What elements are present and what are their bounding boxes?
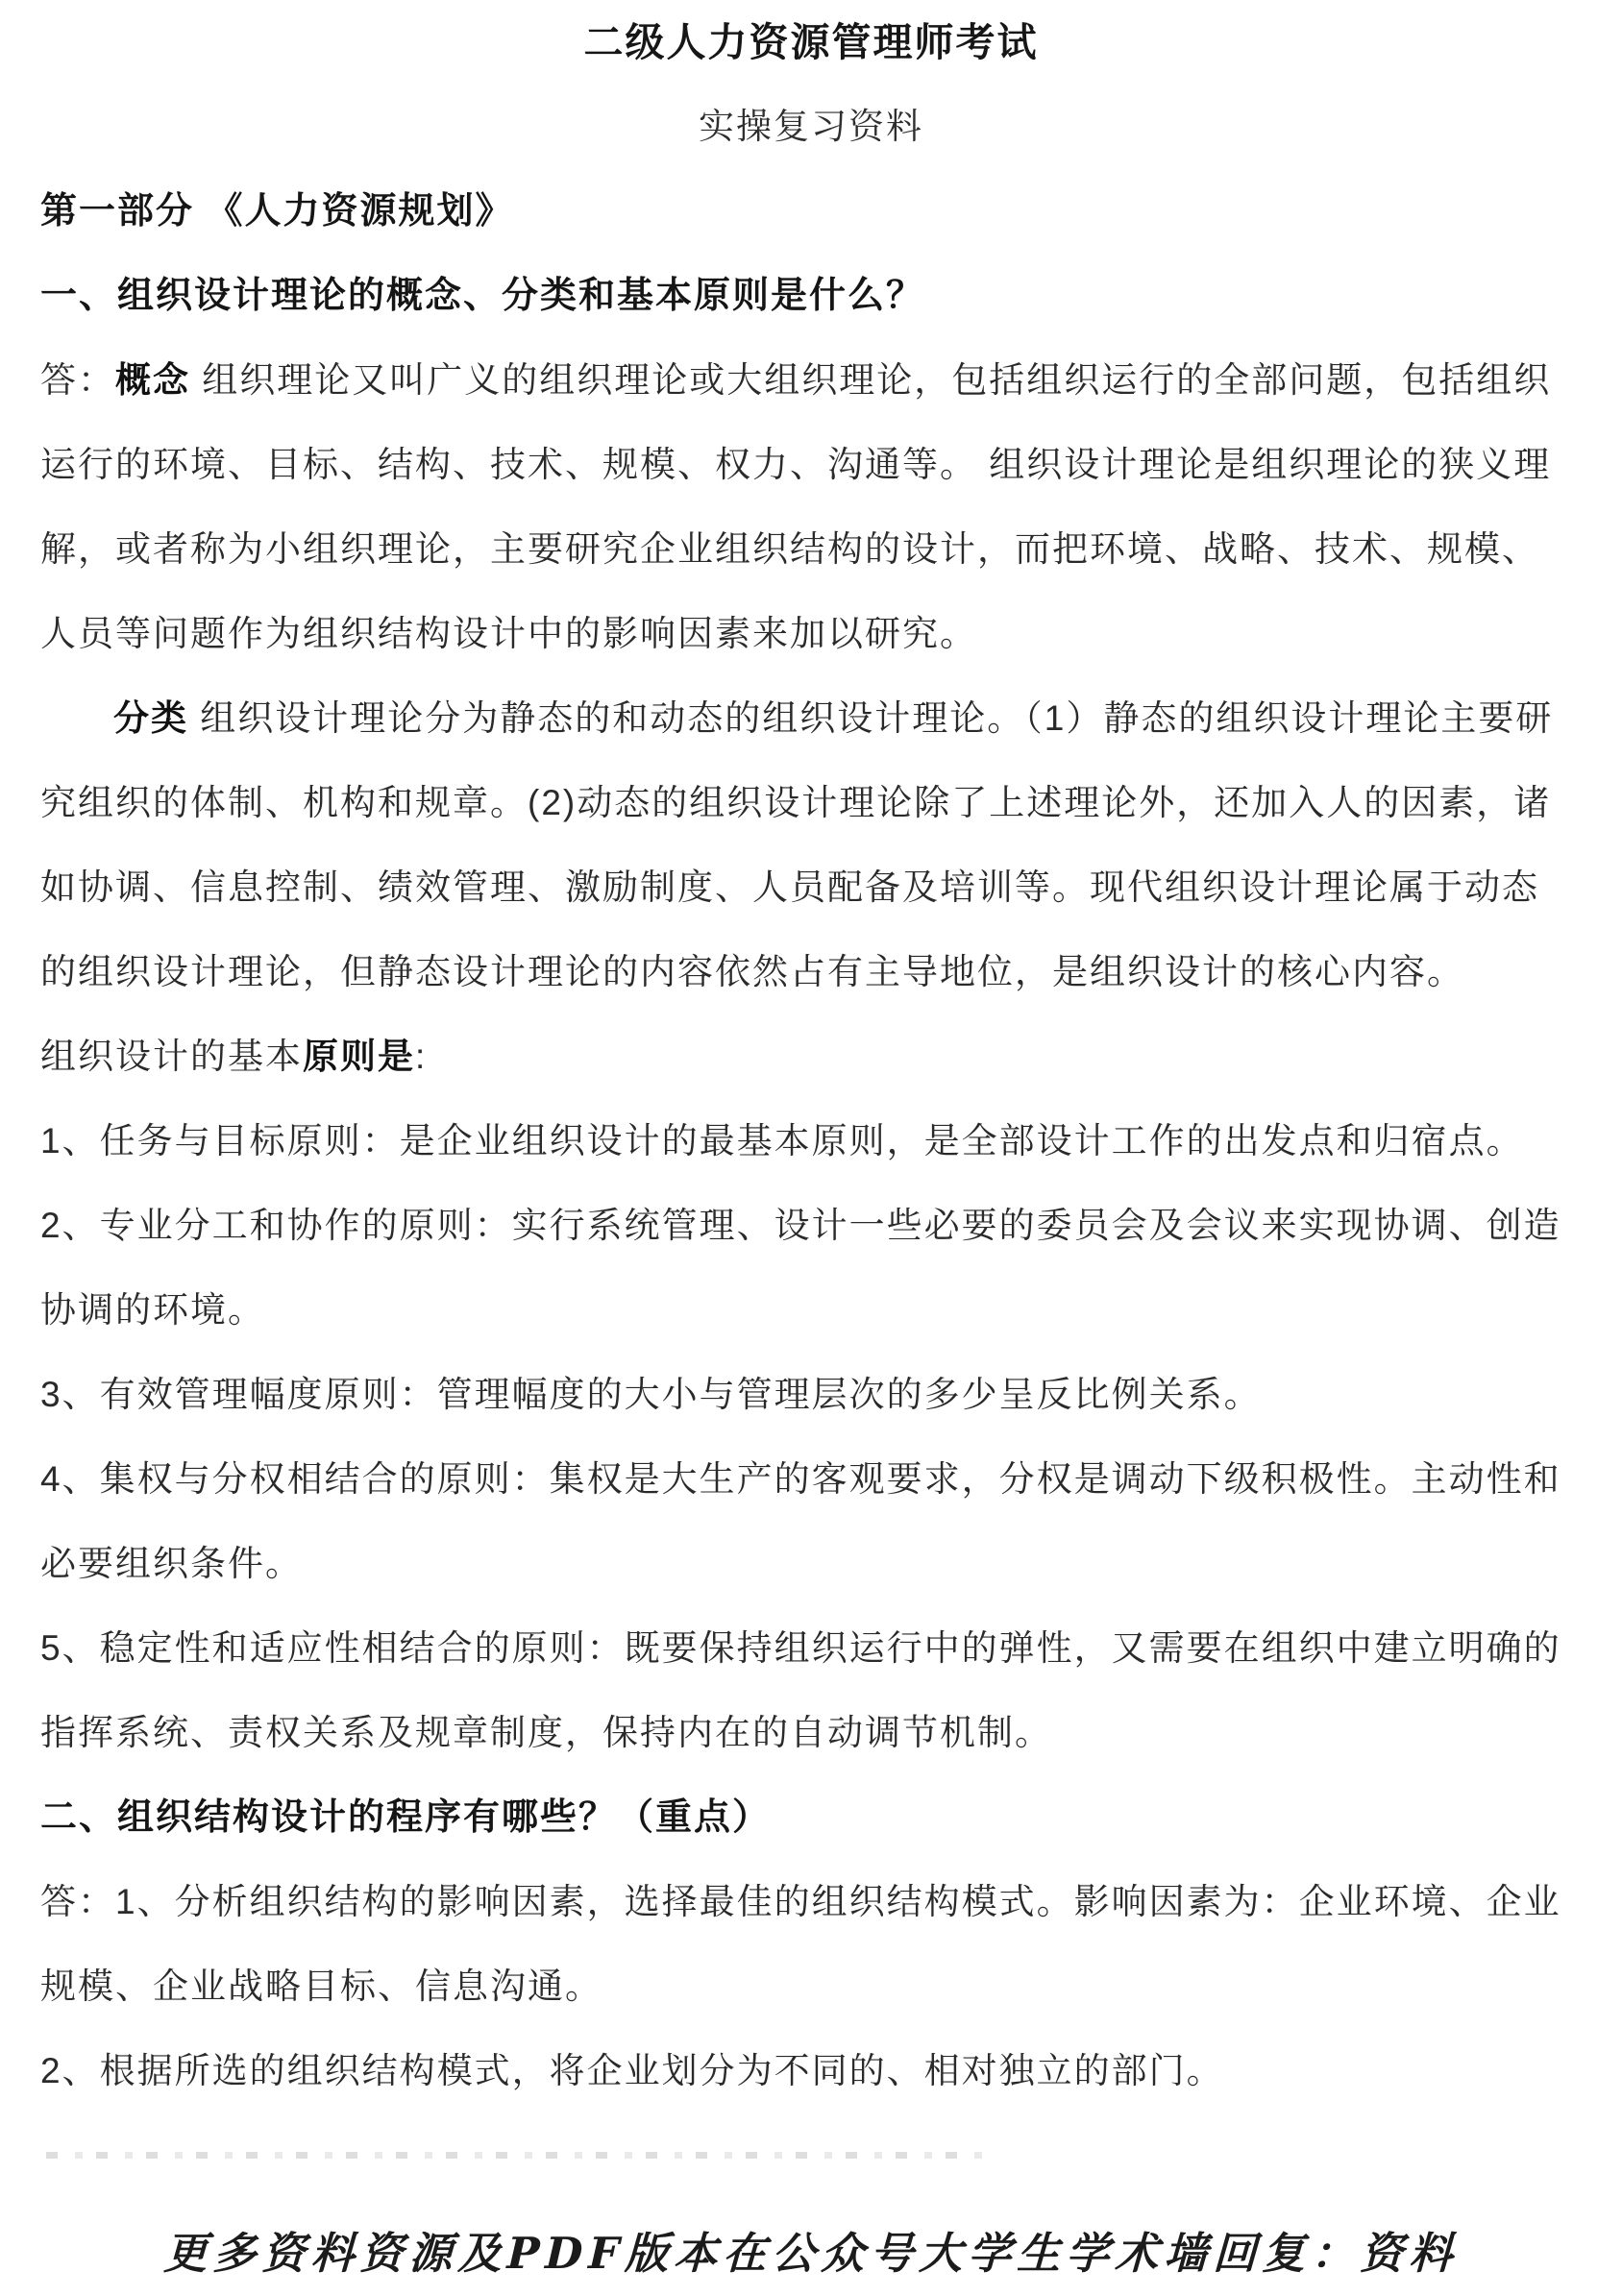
text-run: 组织理论又叫广义的组织理论或大组织理论，包括组织运行的全部问题，包括组织 <box>190 360 1551 400</box>
body-line: 运行的环境、目标、结构、技术、规模、权力、沟通等。 组织设计理论是组织理论的狭义… <box>40 423 1582 507</box>
cropped-text-marks <box>46 2152 988 2159</box>
cropped-text-line <box>40 2113 1582 2198</box>
text-run: 人员等问题作为组织结构设计中的影响因素来加以研究。 <box>40 614 977 653</box>
bold-text-run: 二、组织结构设计的程序有哪些？（重点） <box>40 1797 771 1838</box>
text-run: 协调的环境。 <box>40 1290 265 1330</box>
bold-text-run: 第一部分 《人力资源规划》 <box>40 191 514 232</box>
doc-title: 二级人力资源管理师考试 <box>40 0 1582 85</box>
body-line: 答：概念 组织理论又叫广义的组织理论或大组织理论，包括组织运行的全部问题，包括组… <box>40 338 1582 423</box>
question-heading: 二、组织结构设计的程序有哪些？（重点） <box>40 1775 1582 1860</box>
text-run: 必要组织条件。 <box>40 1544 303 1583</box>
text-run: 3、有效管理幅度原则：管理幅度的大小与管理层次的多少呈反比例关系。 <box>40 1375 1262 1414</box>
bold-text-run: 原则是 <box>303 1037 415 1076</box>
part-heading: 第一部分 《人力资源规划》 <box>40 169 1582 254</box>
text-run: 答：1、分析组织结构的影响因素，选择最佳的组织结构模式。影响因素为：企业环境、企… <box>40 1882 1561 1921</box>
text-run: 组织设计理论分为静态的和动态的组织设计理论。（1）静态的组织设计理论主要研 <box>188 698 1553 738</box>
body-line: 5、稳定性和适应性相结合的原则：既要保持组织运行中的弹性，又需要在组织中建立明确… <box>40 1606 1582 1691</box>
text-run: 运行的环境、目标、结构、技术、规模、权力、沟通等。 组织设计理论是组织理论的狭义… <box>40 445 1551 484</box>
text-run: 究组织的体制、机构和规章。(2)动态的组织设计理论除了上述理论外，还加入人的因素… <box>40 783 1551 822</box>
body-line: 指挥系统、责权关系及规章制度，保持内在的自动调节机制。 <box>40 1691 1582 1775</box>
bold-text-run: 概念 <box>115 360 190 400</box>
text-run: 的组织设计理论，但静态设计理论的内容依然占有主导地位，是组织设计的核心内容。 <box>40 952 1464 991</box>
text-run: 4、集权与分权相结合的原则：集权是大生产的客观要求，分权是调动下级积极性。主动性… <box>40 1459 1561 1499</box>
body-line: 究组织的体制、机构和规章。(2)动态的组织设计理论除了上述理论外，还加入人的因素… <box>40 761 1582 845</box>
body-line: 如协调、信息控制、绩效管理、激励制度、人员配备及培训等。现代组织设计理论属于动态 <box>40 845 1582 930</box>
body-line: 人员等问题作为组织结构设计中的影响因素来加以研究。 <box>40 592 1582 676</box>
body-line: 的组织设计理论，但静态设计理论的内容依然占有主导地位，是组织设计的核心内容。 <box>40 930 1582 1014</box>
body-line: 必要组织条件。 <box>40 1522 1582 1606</box>
question-heading: 一、组织设计理论的概念、分类和基本原则是什么？ <box>40 254 1582 338</box>
body-line: 1、任务与目标原则：是企业组织设计的最基本原则，是全部设计工作的出发点和归宿点。 <box>40 1099 1582 1184</box>
body-line: 协调的环境。 <box>40 1268 1582 1353</box>
body-line: 组织设计的基本原则是: <box>40 1014 1582 1099</box>
text-run: 2、根据所选的组织结构模式，将企业划分为不同的、相对独立的部门。 <box>40 2051 1224 2090</box>
document-body: 第一部分 《人力资源规划》一、组织设计理论的概念、分类和基本原则是什么？答：概念… <box>40 169 1582 2113</box>
bold-text-run: 一、组织设计理论的概念、分类和基本原则是什么？ <box>40 276 924 316</box>
document-page: 二级人力资源管理师考试 实操复习资料 第一部分 《人力资源规划》一、组织设计理论… <box>0 0 1622 2296</box>
body-line: 规模、企业战略目标、信息沟通。 <box>40 1944 1582 2029</box>
text-run: 解，或者称为小组织理论，主要研究企业组织结构的设计，而把环境、战略、技术、规模、 <box>40 529 1539 569</box>
bold-text-run: 分类 <box>113 698 188 738</box>
body-line: 4、集权与分权相结合的原则：集权是大生产的客观要求，分权是调动下级积极性。主动性… <box>40 1437 1582 1522</box>
body-line: 解，或者称为小组织理论，主要研究企业组织结构的设计，而把环境、战略、技术、规模、 <box>40 507 1582 592</box>
text-run: : <box>415 1037 427 1076</box>
text-run: 2、专业分工和协作的原则：实行系统管理、设计一些必要的委员会及会议来实现协调、创… <box>40 1206 1561 1245</box>
doc-subtitle: 实操复习资料 <box>40 85 1582 169</box>
text-run: 组织设计的基本 <box>40 1037 303 1076</box>
text-run: 1、任务与目标原则：是企业组织设计的最基本原则，是全部设计工作的出发点和归宿点。 <box>40 1121 1524 1160</box>
body-line: 分类 组织设计理论分为静态的和动态的组织设计理论。（1）静态的组织设计理论主要研 <box>40 676 1582 761</box>
text-run: 如协调、信息控制、绩效管理、激励制度、人员配备及培训等。现代组织设计理论属于动态 <box>40 867 1539 907</box>
text-run: 答： <box>40 360 115 400</box>
body-line: 答：1、分析组织结构的影响因素，选择最佳的组织结构模式。影响因素为：企业环境、企… <box>40 1860 1582 1944</box>
text-run: 规模、企业战略目标、信息沟通。 <box>40 1966 602 2006</box>
text-run: 5、稳定性和适应性相结合的原则：既要保持组织运行中的弹性，又需要在组织中建立明确… <box>40 1628 1561 1668</box>
body-line: 2、根据所选的组织结构模式，将企业划分为不同的、相对独立的部门。 <box>40 2029 1582 2113</box>
body-line: 2、专业分工和协作的原则：实行系统管理、设计一些必要的委员会及会议来实现协调、创… <box>40 1184 1582 1268</box>
text-run: 指挥系统、责权关系及规章制度，保持内在的自动调节机制。 <box>40 1713 1052 1752</box>
footer-note: 更多资料资源及PDF版本在公众号大学生学术墙回复：资料 <box>38 2211 1583 2296</box>
body-line: 3、有效管理幅度原则：管理幅度的大小与管理层次的多少呈反比例关系。 <box>40 1353 1582 1437</box>
